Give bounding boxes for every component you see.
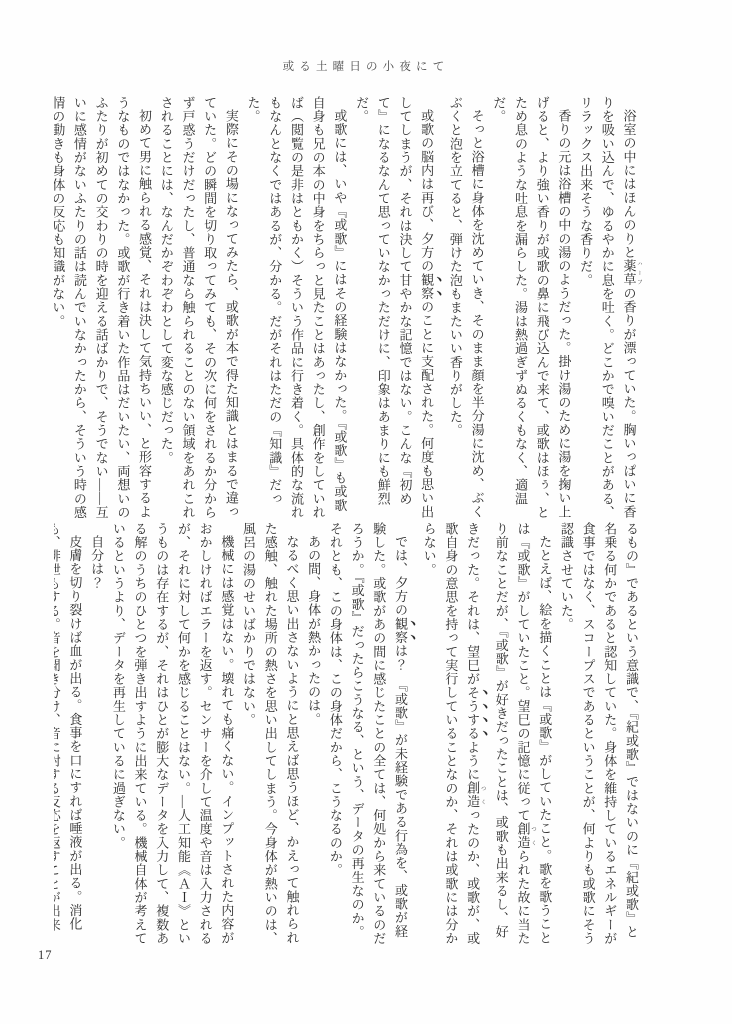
text-run: 或歌の脳内は再び、夕方の: [419, 109, 434, 273]
text-run: 浴室の中にはほんのりと: [622, 109, 637, 259]
text-run: では、夕方の: [393, 535, 408, 617]
text-run: 或歌には、いや『或歌』にはその経験はなかった。『或歌』も或歌自身も兄の本の中身を…: [246, 96, 348, 519]
ruby-annotated-text: 創造つく: [515, 822, 530, 849]
upper-text-block: 浴室の中にはほんのりと薬草ハーブの香りが漂っていた。胸いっぱいに香りを吸い込んで…: [54, 96, 642, 520]
lower-text-block: るもの』であるという意識で、『紀或歌』ではないのに『紀或歌』と名乗る何かであると…: [54, 522, 642, 946]
text-run: ように: [465, 740, 480, 781]
paragraph: あの間、身体が熱かったのは。: [302, 522, 324, 946]
text-run: 香りの元は浴槽の中の湯のようだった。掛け湯のために湯を掬い上げると、より強い香り…: [491, 96, 571, 519]
paragraph: では、夕方の観察は？ 『或歌』が未経験である行為を、或歌が経験した。或歌があの間…: [324, 522, 418, 946]
document-page: 或る土曜日の小夜にて 浴室の中にはほんのりと薬草ハーブの香りが漂っていた。胸いっ…: [0, 0, 732, 1024]
paragraph: 香りの元は浴槽の中の湯のようだった。掛け湯のために湯を掬い上げると、より強い香り…: [488, 96, 575, 520]
emphasized-text: そうする: [465, 686, 480, 741]
paragraph: 浴室の中にはほんのりと薬草ハーブの香りが漂っていた。胸いっぱいに香りを吸い込んで…: [574, 96, 642, 520]
paragraph: 皮膚を切り裂けば血が出る。食事を口にすれば唾液が出る。消化も、排泄もする。音を聞…: [54, 522, 85, 946]
page-title: 或る土曜日の小夜にて: [0, 58, 732, 74]
paragraph: 機械には感覚はない。壊れても痛くない。インプットされた内容がおかしければエラーを…: [107, 522, 237, 946]
paragraph: そっと浴槽に身体を沈めていき、そのまま顔を半分湯に沈め、ぶくぶくと泡を立てると、…: [444, 96, 487, 520]
text-run: 初めて男に触られる感覚、それは決して気持ちいい、と形容するようなものではなかった…: [54, 96, 152, 519]
paragraph: 実際にその場になってみたら、或歌が本で得た知識とはまるで違っていた。どの瞬間を切…: [155, 96, 242, 520]
paragraph: るもの』であるという意識で、『紀或歌』ではないのに『紀或歌』と名乗る何かであると…: [555, 522, 642, 946]
emphasized-text: 観察: [419, 273, 434, 300]
text-run: 機械には感覚はない。壊れても痛くない。インプットされた内容がおかしければエラーを…: [111, 522, 235, 945]
ruby-annotated-text: 薬草ハーブ: [622, 259, 637, 286]
page-number: 17: [38, 948, 53, 963]
emphasized-text: 観察: [393, 617, 408, 644]
text-run: るもの』であるという意識で、『紀或歌』ではないのに『紀或歌』と名乗る何かであると…: [559, 522, 639, 945]
paragraph: なるべく思い出さないようにと思えば思うほど、かえって触れられた感触、触れた場所の…: [237, 522, 302, 946]
paragraph: 或歌には、いや『或歌』にはその経験はなかった。『或歌』も或歌自身も兄の本の中身を…: [242, 96, 351, 520]
paragraph: 初めて男に触られる感覚、それは決して気持ちいい、と形容するようなものではなかった…: [54, 96, 155, 520]
ruby-annotated-text: 創造つく: [465, 781, 480, 808]
text-run: そっと浴槽に身体を沈めていき、そのまま顔を半分湯に沈め、ぶくぶくと泡を立てると、…: [448, 96, 485, 519]
text-run: 皮膚を切り裂けば血が出る。食事を口にすれば唾液が出る。消化も、排泄もする。音を聞…: [54, 522, 82, 932]
paragraph: たとえば、絵を描くことは『或歌』がしていたこと。歌を歌うことは『或歌』がしていた…: [418, 522, 555, 946]
paragraph: 自分は？: [85, 522, 107, 946]
paragraph: 或歌の脳内は再び、夕方の観察のことに支配された。何度も思い出してしまうが、それは…: [350, 96, 444, 520]
text-run: あの間、身体が熱かったのは。: [306, 535, 321, 726]
text-run: 自分は？: [89, 535, 104, 590]
text-run: 実際にその場になってみたら、或歌が本で得た知識とはまるで違っていた。どの瞬間を切…: [159, 96, 239, 519]
text-run: なるべく思い出さないようにと思えば思うほど、かえって触れられた感触、触れた場所の…: [241, 522, 299, 945]
